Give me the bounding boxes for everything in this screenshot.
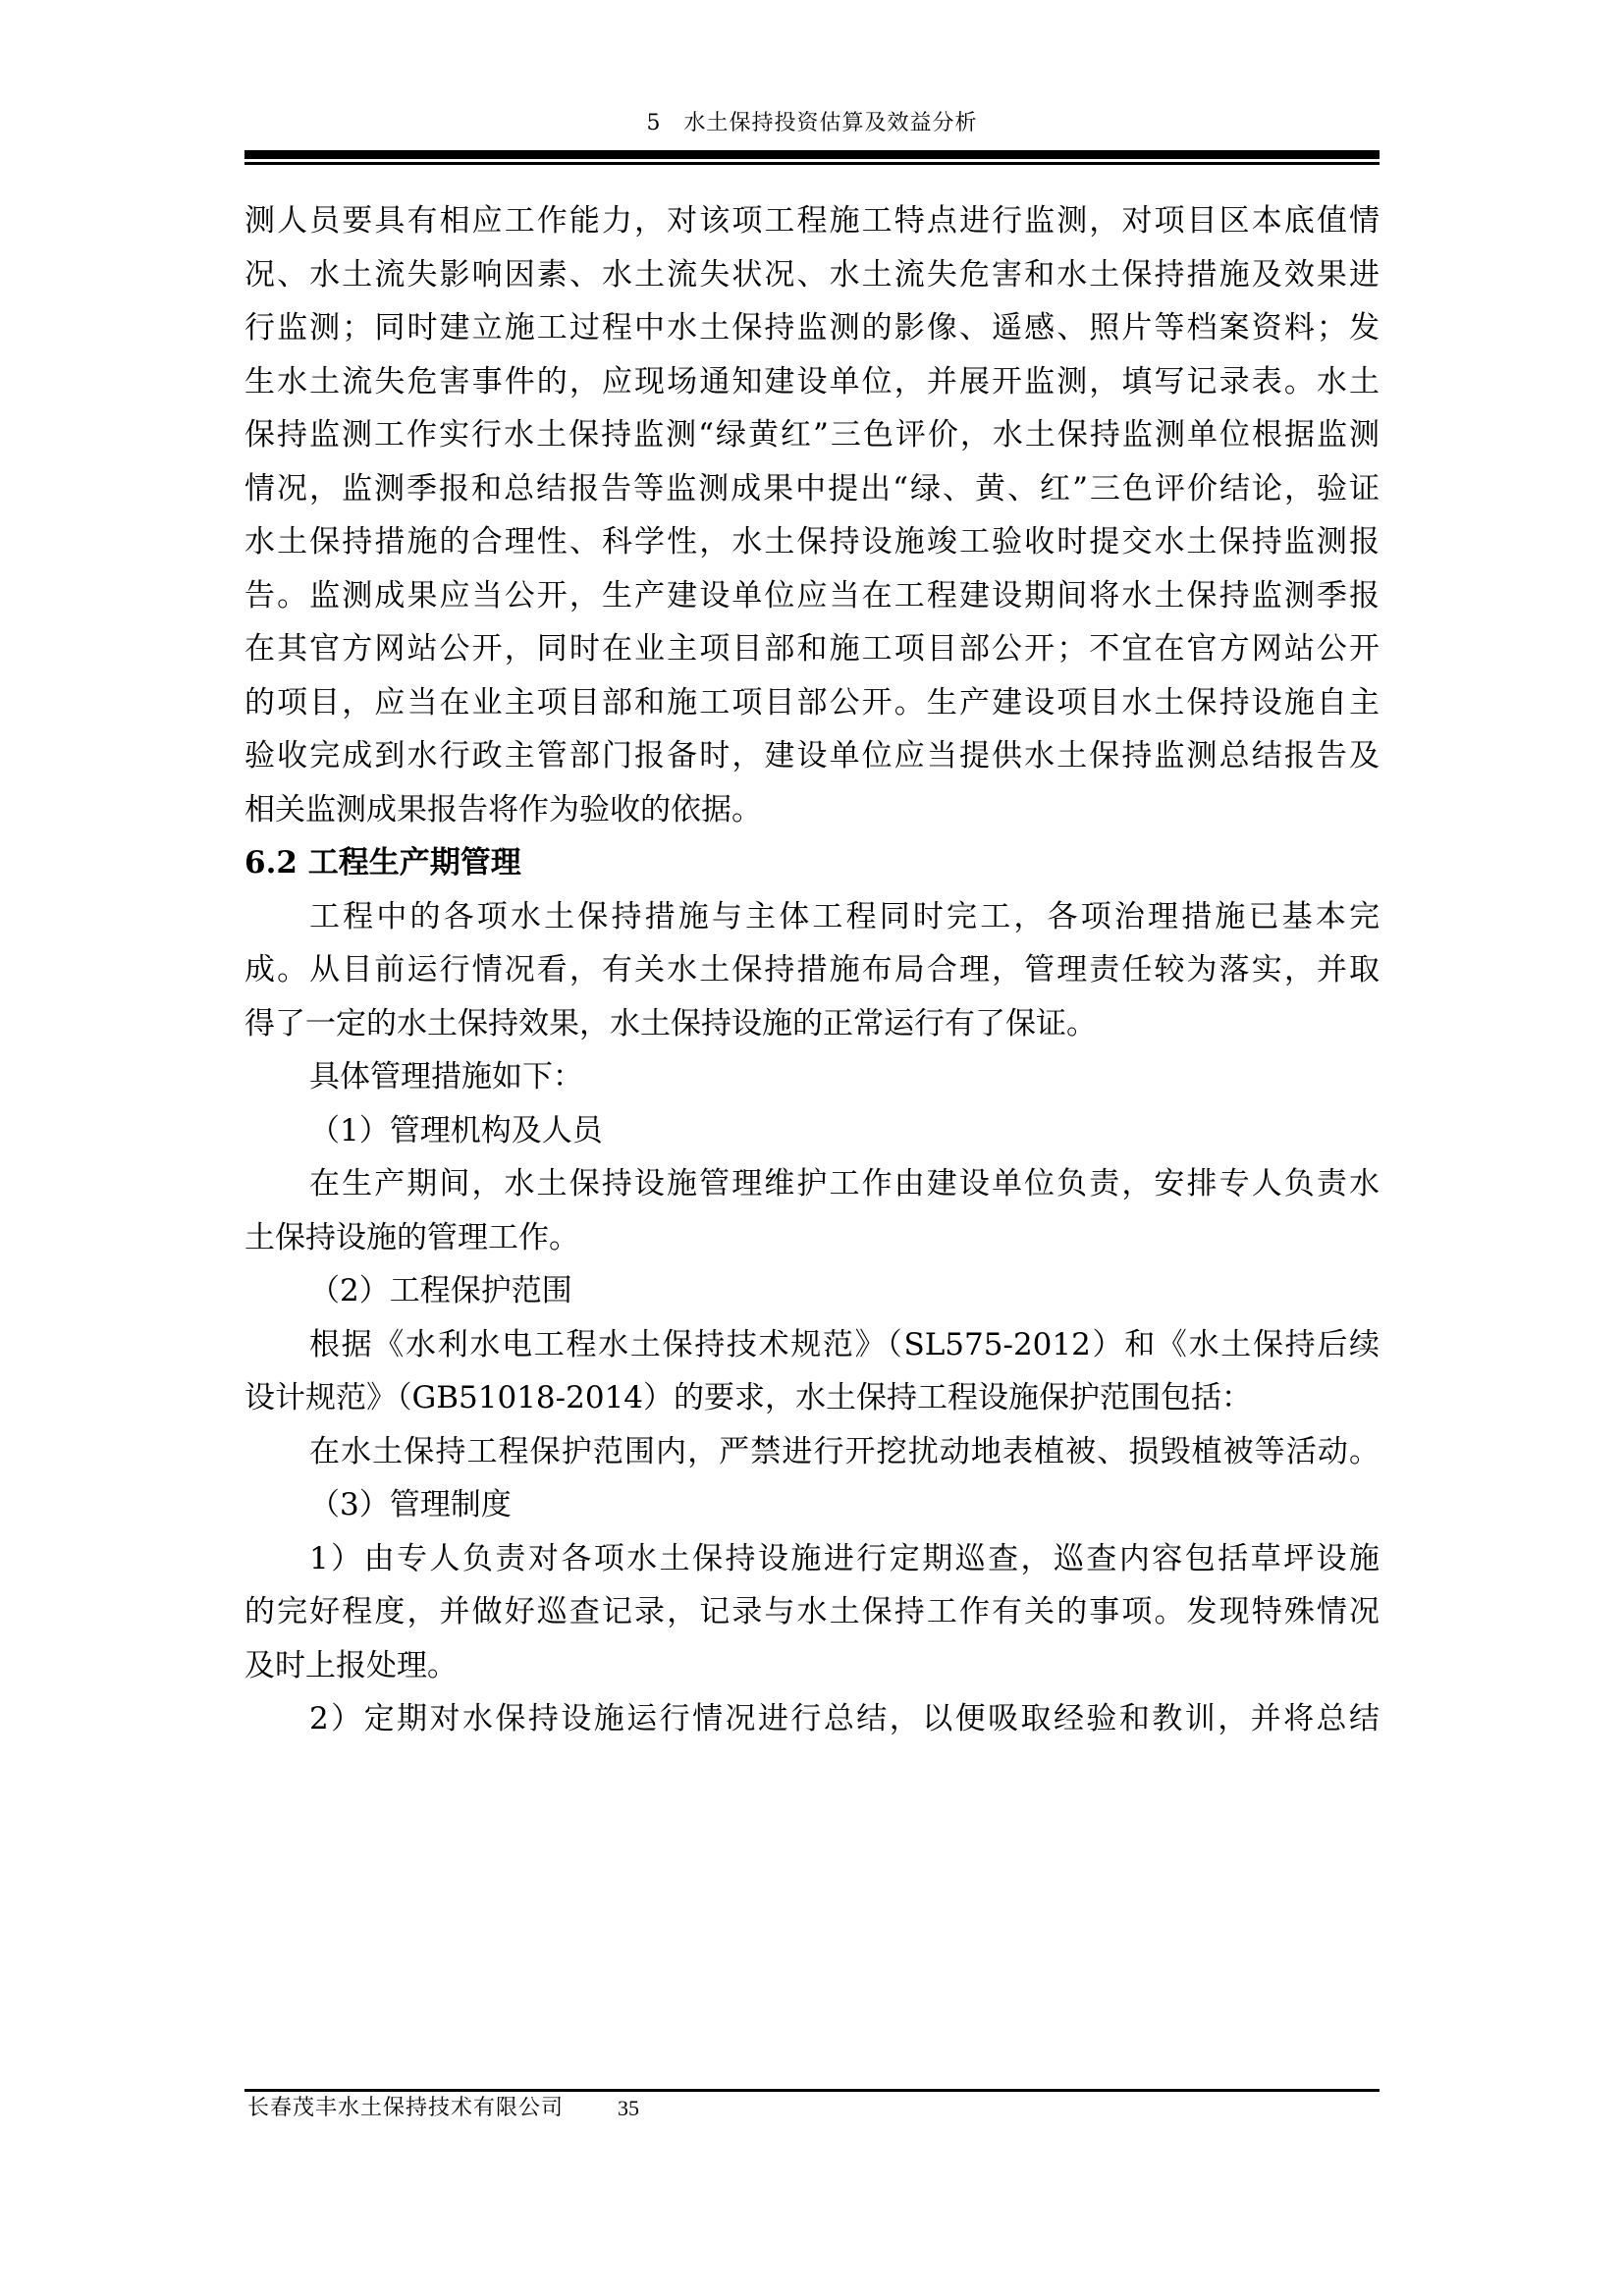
paragraph-line: 成。从目前运行情况看，有关水土保持措施布局合理，管理责任较为落实，并取	[244, 943, 1380, 997]
paragraph-line: 根据《水利水电工程水土保持技术规范》（SL575-2012）和《水土保持后续	[244, 1318, 1380, 1372]
paragraph-line: 的完好程度，并做好巡查记录，记录与水土保持工作有关的事项。发现特殊情况	[244, 1585, 1380, 1639]
paragraph-line: 测人员要具有相应工作能力，对该项工程施工特点进行监测，对项目区本底值情	[244, 194, 1380, 248]
paragraph-line: 保持监测工作实行水土保持监测“绿黄红”三色评价，水土保持监测单位根据监测	[244, 408, 1380, 462]
paragraph-line: 及时上报处理。	[244, 1639, 1380, 1693]
intro-measures: 具体管理措施如下：	[244, 1050, 1380, 1104]
paragraph-line: 告。监测成果应当公开，生产建设单位应当在工程建设期间将水土保持监测季报	[244, 569, 1380, 623]
section-heading: 6.2 工程生产期管理	[244, 836, 1380, 890]
paragraph-line: 1）由专人负责对各项水土保持设施进行定期巡查，巡查内容包括草坪设施	[244, 1532, 1380, 1586]
paragraph-line: 在生产期间，水土保持设施管理维护工作由建设单位负责，安排专人负责水	[244, 1157, 1380, 1211]
paragraph-line: 得了一定的水土保持效果，水土保持设施的正常运行有了保证。	[244, 997, 1380, 1051]
paragraph-line: 水土保持措施的合理性、科学性，水土保持设施竣工验收时提交水土保持监测报	[244, 515, 1380, 569]
item-title: （1）管理机构及人员	[244, 1104, 1380, 1158]
paragraph-line: 的项目，应当在业主项目部和施工项目部公开。生产建设项目水土保持设施自主	[244, 676, 1380, 730]
paragraph-line: 行监测；同时建立施工过程中水土保持监测的影像、遥感、照片等档案资料；发	[244, 301, 1380, 355]
header-rule-thick	[244, 150, 1380, 159]
paragraph-line: 土保持设施的管理工作。	[244, 1211, 1380, 1265]
paragraph-line: 相关监测成果报告将作为验收的依据。	[244, 783, 1380, 837]
paragraph-line: 2）定期对水保持设施运行情况进行总结，以便吸取经验和教训，并将总结	[244, 1692, 1380, 1746]
paragraph-line: 验收完成到水行政主管部门报备时，建设单位应当提供水土保持监测总结报告及	[244, 729, 1380, 783]
document-page: 5 水土保持投资估算及效益分析 测人员要具有相应工作能力，对该项工程施工特点进行…	[0, 0, 1624, 2296]
paragraph-line: 在水土保持工程保护范围内，严禁进行开挖扰动地表植被、损毁植被等活动。	[244, 1425, 1380, 1479]
running-header: 5 水土保持投资估算及效益分析	[244, 110, 1380, 137]
item-title: （2）工程保护范围	[244, 1264, 1380, 1318]
paragraph-line: 工程中的各项水土保持措施与主体工程同时完工，各项治理措施已基本完	[244, 890, 1380, 944]
header-rule-thin	[244, 162, 1380, 165]
paragraph-line: 况、水土流失影响因素、水土流失状况、水土流失危害和水土保持措施及效果进	[244, 248, 1380, 302]
paragraph-line: 在其官方网站公开，同时在业主项目部和施工项目部公开；不宜在官方网站公开	[244, 622, 1380, 676]
paragraph-line: 生水土流失危害事件的，应现场通知建设单位，并展开监测，填写记录表。水土	[244, 355, 1380, 409]
page-number: 35	[481, 2095, 776, 2122]
body-text: 测人员要具有相应工作能力，对该项工程施工特点进行监测，对项目区本底值情 况、水土…	[244, 194, 1380, 1746]
paragraph-line: 情况，监测季报和总结报告等监测成果中提出“绿、黄、红”三色评价结论，验证	[244, 462, 1380, 516]
item-title: （3）管理制度	[244, 1478, 1380, 1532]
footer-rule	[244, 2089, 1380, 2092]
paragraph-line: 设计规范》（GB51018-2014）的要求，水土保持工程设施保护范围包括：	[244, 1371, 1380, 1425]
